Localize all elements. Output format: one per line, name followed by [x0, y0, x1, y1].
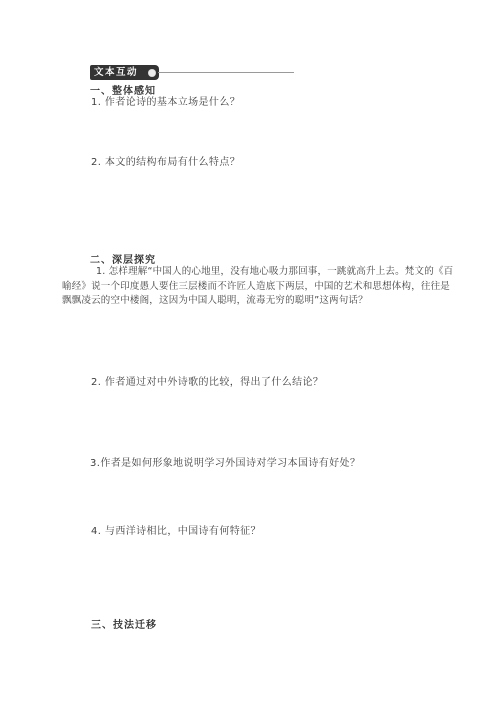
question-2-1-line-3: 飘飘凌云的空中楼阁，这因为中国人聪明，流毒无穷的聪明”这两句话？: [62, 295, 368, 306]
question-2-4: 4. 与西洋诗相比，中国诗有何特征？: [91, 526, 261, 537]
worksheet-page: 文本互动 一、整体感知 1. 作者论诗的基本立场是什么？ 2. 本文的结构布局有…: [0, 0, 500, 707]
question-2-1-line-1: 1. 怎样理解“中国人的心地里，没有地心吸力那回事，一跳就高升上去。梵文的《百: [96, 266, 453, 277]
header-rule-line: [158, 72, 294, 73]
question-2-1-line-2: 喻经》说一个印度愚人要住三层楼而不许匠人造底下两层，中国的艺术和思想体构，往往是: [62, 281, 450, 292]
section-title-technique-transfer: 三、技法迁移: [91, 620, 157, 631]
bullet-circle-icon: [148, 69, 156, 77]
question-1-2: 2. 本文的结构布局有什么特点？: [91, 157, 240, 168]
section-header-label: 文本互动: [94, 65, 138, 80]
question-2-3: 3.作者是如何形象地说明学习外国诗对学习本国诗有好处？: [90, 458, 360, 469]
section-title-deep-inquiry: 二、深层探究: [90, 255, 156, 266]
question-1-1: 1. 作者论诗的基本立场是什么？: [91, 97, 240, 108]
section-title-overall-perception: 一、整体感知: [90, 86, 156, 97]
section-header-badge: 文本互动: [90, 65, 159, 80]
question-2-2: 2. 作者通过对中外诗歌的比较，得出了什么结论？: [91, 377, 323, 388]
